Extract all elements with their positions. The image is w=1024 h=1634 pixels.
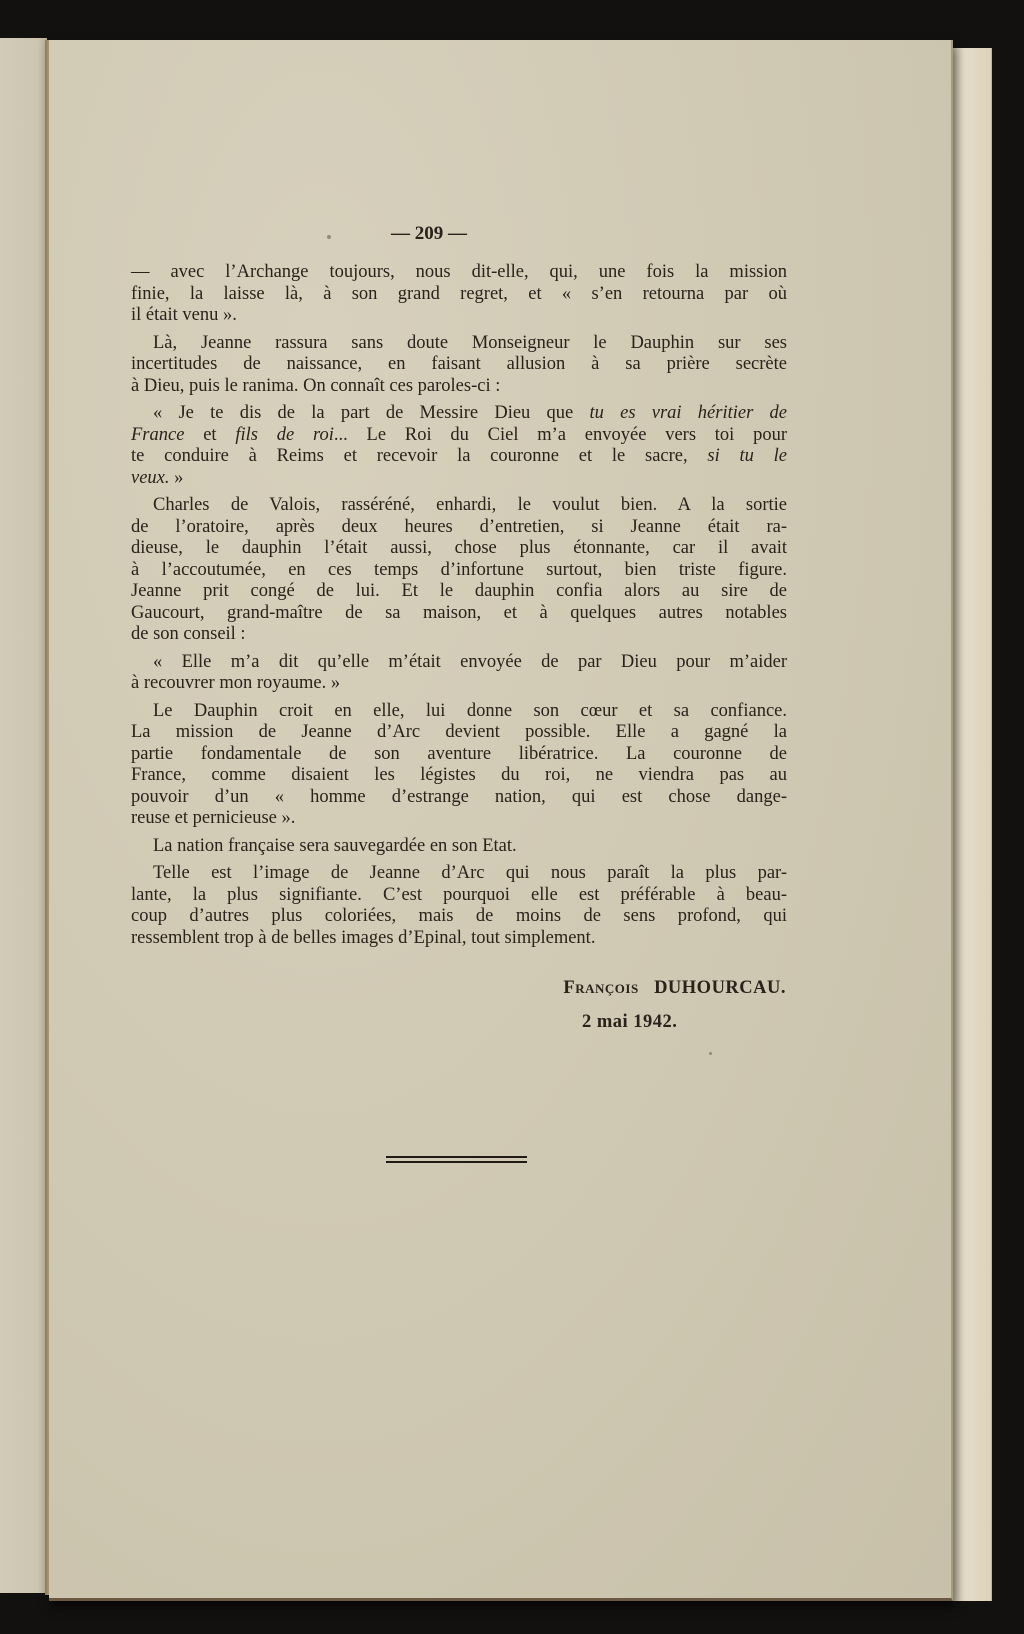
body-text: — avec l’Archange toujours, nous dit-ell… (131, 262, 787, 955)
author-last-name: DUHOURCAU. (654, 978, 786, 998)
text-line: à l’accoutumée, en ces temps d’infortune… (131, 560, 787, 582)
author-signature: François DUHOURCAU. (563, 978, 786, 999)
text-line: La mission de Jeanne d’Arc devient possi… (131, 722, 787, 744)
text-line: à recouvrer mon royaume. » (131, 673, 787, 695)
text-line: Telle est l’image de Jeanne d’Arc qui no… (131, 863, 787, 885)
text-line: Charles de Valois, rasséréné, enhardi, l… (131, 495, 787, 517)
text-line: France, comme disaient les légistes du r… (131, 765, 787, 787)
spine-gutter (45, 40, 49, 1595)
date: 2 mai 1942. (582, 1012, 677, 1033)
paper-speck (327, 235, 331, 239)
text-line: de son conseil : (131, 624, 787, 646)
text-line: Gaucourt, grand-maître de sa maison, et … (131, 603, 787, 625)
paragraph: La nation française sera sauvegardée en … (131, 836, 787, 858)
paragraph: Charles de Valois, rasséréné, enhardi, l… (131, 495, 787, 646)
paper-speck (709, 1052, 712, 1055)
text-line: ressemblent trop à de belles images d’Ep… (131, 928, 787, 950)
double-rule-divider (386, 1156, 527, 1163)
text-line: reuse et pernicieuse ». (131, 808, 787, 830)
right-page-edge (953, 48, 992, 1601)
page-number: — 209 — (49, 223, 809, 245)
text-line: veux. » (131, 468, 787, 490)
paragraph: Telle est l’image de Jeanne d’Arc qui no… (131, 863, 787, 949)
text-line: — avec l’Archange toujours, nous dit-ell… (131, 262, 787, 284)
text-line: La nation française sera sauvegardée en … (131, 836, 787, 858)
text-line: Là, Jeanne rassura sans doute Monseigneu… (131, 333, 787, 355)
paragraph: « Je te dis de la part de Messire Dieu q… (131, 403, 787, 489)
text-line: « Je te dis de la part de Messire Dieu q… (131, 403, 787, 425)
paragraph: « Elle m’a dit qu’elle m’était envoyée d… (131, 652, 787, 695)
paragraph: — avec l’Archange toujours, nous dit-ell… (131, 262, 787, 327)
author-first-name: François (563, 978, 638, 998)
text-line: te conduire à Reims et recevoir la couro… (131, 446, 787, 468)
text-line: lante, la plus signifiante. C’est pourqu… (131, 885, 787, 907)
paragraph: Là, Jeanne rassura sans doute Monseigneu… (131, 333, 787, 398)
text-line: de l’oratoire, après deux heures d’entre… (131, 517, 787, 539)
text-line: dieuse, le dauphin l’était aussi, chose … (131, 538, 787, 560)
text-line: pouvoir d’un « homme d’estrange nation, … (131, 787, 787, 809)
left-page-edge (0, 38, 47, 1593)
text-line: Jeanne prit congé de lui. Et le dauphin … (131, 581, 787, 603)
text-line: coup d’autres plus coloriées, mais de mo… (131, 906, 787, 928)
text-line: « Elle m’a dit qu’elle m’était envoyée d… (131, 652, 787, 674)
text-line: il était venu ». (131, 305, 787, 327)
book-page: — 209 — — avec l’Archange toujours, nous… (49, 40, 953, 1601)
text-line: France et fils de roi... Le Roi du Ciel … (131, 425, 787, 447)
paragraph: Le Dauphin croit en elle, lui donne son … (131, 701, 787, 830)
text-line: incertitudes de naissance, en faisant al… (131, 354, 787, 376)
text-line: Le Dauphin croit en elle, lui donne son … (131, 701, 787, 723)
text-line: finie, la laisse là, à son grand regret,… (131, 284, 787, 306)
text-line: partie fondamentale de son aventure libé… (131, 744, 787, 766)
text-line: à Dieu, puis le ranima. On connaît ces p… (131, 376, 787, 398)
